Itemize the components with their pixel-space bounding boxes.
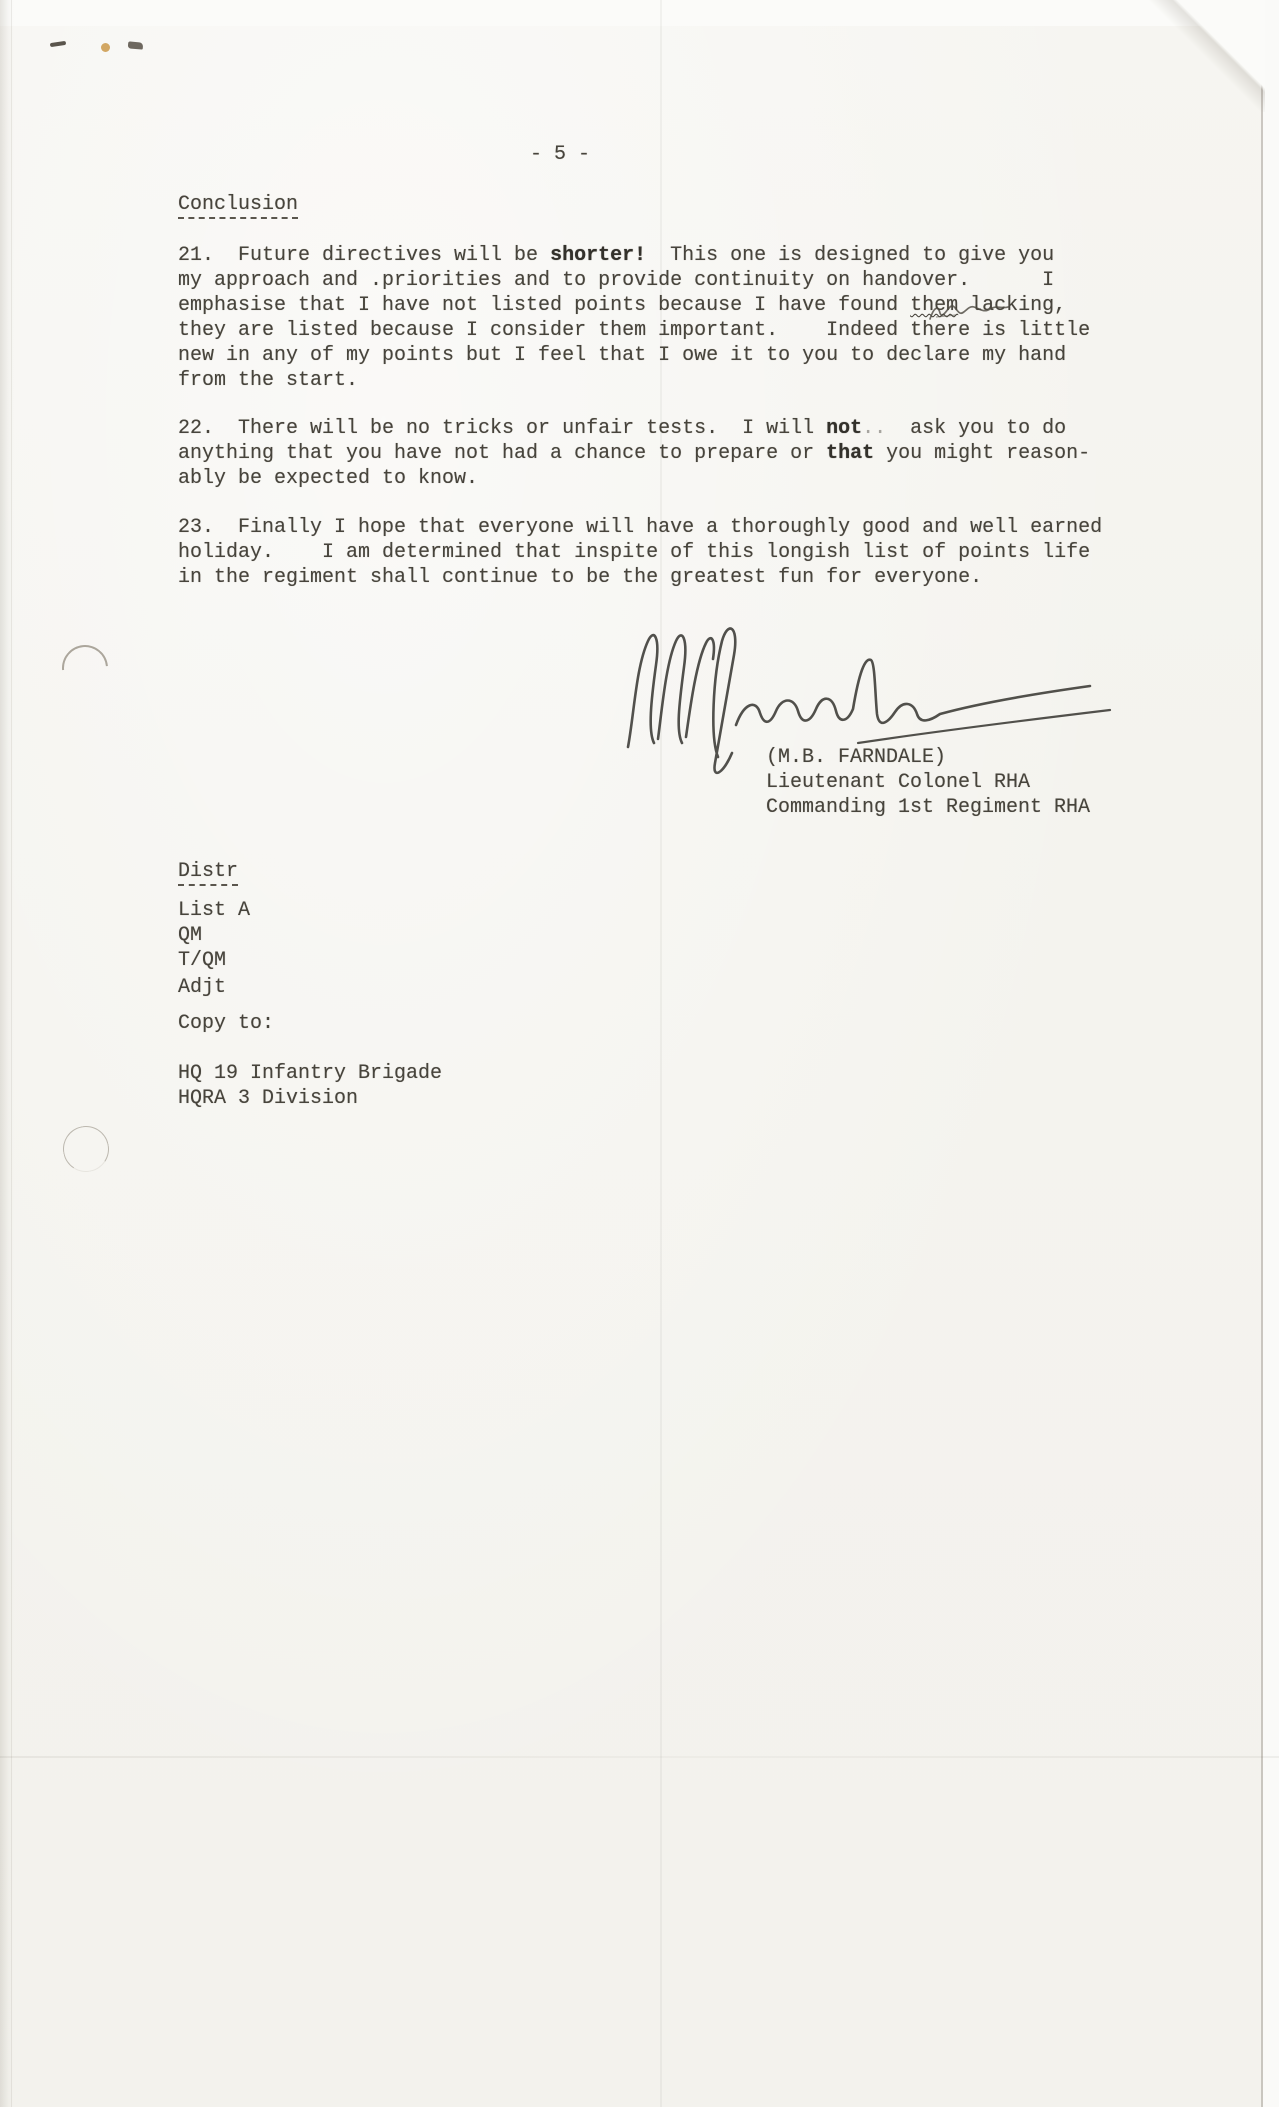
text-segment: holiday. I am determined that inspite of… bbox=[178, 541, 1090, 564]
distribution-list: List AQMT/QMAdjt bbox=[178, 898, 250, 1000]
scan-top-band bbox=[0, 0, 1279, 26]
signatory-command: Commanding 1st Regiment RHA bbox=[766, 795, 1090, 820]
typed-line: holiday. I am determined that inspite of… bbox=[178, 540, 1102, 565]
text-segment: .. bbox=[862, 417, 886, 440]
text-segment: ask you to do bbox=[886, 417, 1066, 440]
text-segment: my approach and .priorities and to provi… bbox=[178, 269, 1054, 292]
signatory-rank: Lieutenant Colonel RHA bbox=[766, 770, 1090, 795]
conclusion-heading-label: Conclusion bbox=[178, 193, 298, 219]
signatory-name: (M.B. FARNDALE) bbox=[766, 745, 1090, 770]
signature-block: (M.B. FARNDALE) Lieutenant Colonel RHA C… bbox=[766, 745, 1090, 820]
typed-line: from the start. bbox=[178, 368, 1090, 393]
distribution-item: Adjt bbox=[178, 975, 250, 1000]
typed-line: 23. Finally I hope that everyone will ha… bbox=[178, 515, 1102, 540]
distribution-item: List A bbox=[178, 898, 250, 923]
text-segment: 21. Future directives will be bbox=[178, 244, 550, 267]
text-segment: 22. There will be no tricks or unfair te… bbox=[178, 417, 826, 440]
typed-line: in the regiment shall continue to be the… bbox=[178, 565, 1102, 590]
distribution-item: T/QM bbox=[178, 948, 250, 973]
text-segment: new in any of my points but I feel that … bbox=[178, 344, 1066, 367]
conclusion-heading: Conclusion bbox=[178, 193, 298, 219]
distribution-item: QM bbox=[178, 923, 250, 948]
text-segment: that bbox=[826, 442, 874, 465]
page-number: - 5 - bbox=[470, 143, 650, 166]
handwritten-annotation bbox=[926, 297, 1012, 325]
top-right-corner-fold bbox=[1133, 0, 1265, 112]
distr-heading: Distr bbox=[178, 860, 238, 886]
copy-to-label: Copy to: bbox=[178, 1011, 274, 1036]
paragraph-22: 22. There will be no tricks or unfair te… bbox=[178, 416, 1090, 491]
copy-to-recipient: HQ 19 Infantry Brigade bbox=[178, 1061, 442, 1086]
distr-heading-label: Distr bbox=[178, 860, 238, 886]
page-left-edge-line bbox=[11, 0, 12, 2107]
text-segment: emphasise that I have not listed points … bbox=[178, 294, 910, 317]
text-segment: anything that you have not had a chance … bbox=[178, 442, 826, 465]
text-segment: from the start. bbox=[178, 369, 358, 392]
paragraph-23: 23. Finally I hope that everyone will ha… bbox=[178, 515, 1102, 590]
scanned-letter-page: - 5 - Conclusion 21. Future directives w… bbox=[0, 0, 1279, 2107]
horizontal-fold-crease bbox=[0, 1756, 1279, 1758]
typed-line: ably be expected to know. bbox=[178, 466, 1090, 491]
text-segment: This one is designed to give you bbox=[646, 244, 1054, 267]
typed-line: anything that you have not had a chance … bbox=[178, 441, 1090, 466]
typed-line: 21. Future directives will be shorter! T… bbox=[178, 243, 1090, 268]
text-segment: 23. Finally I hope that everyone will ha… bbox=[178, 516, 1102, 539]
scan-right-strip bbox=[1263, 0, 1279, 2107]
typed-line: new in any of my points but I feel that … bbox=[178, 343, 1090, 368]
staple-mark bbox=[50, 41, 66, 47]
page-right-edge-line bbox=[1261, 55, 1263, 2107]
punch-hole-impression-bottom bbox=[59, 1122, 114, 1177]
copy-to-text: Copy to: bbox=[178, 1011, 274, 1036]
copy-to-recipients: HQ 19 Infantry BrigadeHQRA 3 Division bbox=[178, 1061, 442, 1111]
text-segment: you might reason- bbox=[874, 442, 1090, 465]
text-segment: in the regiment shall continue to be the… bbox=[178, 566, 982, 589]
text-segment: ably be expected to know. bbox=[178, 467, 478, 490]
typed-line: 22. There will be no tricks or unfair te… bbox=[178, 416, 1090, 441]
ink-smudge bbox=[128, 41, 144, 49]
typed-line: my approach and .priorities and to provi… bbox=[178, 268, 1090, 293]
text-segment: not bbox=[826, 417, 862, 440]
punch-hole-impression-top bbox=[53, 636, 118, 701]
copy-to-recipient: HQRA 3 Division bbox=[178, 1086, 442, 1111]
rust-speck bbox=[101, 43, 110, 52]
text-segment: shorter! bbox=[550, 244, 646, 267]
